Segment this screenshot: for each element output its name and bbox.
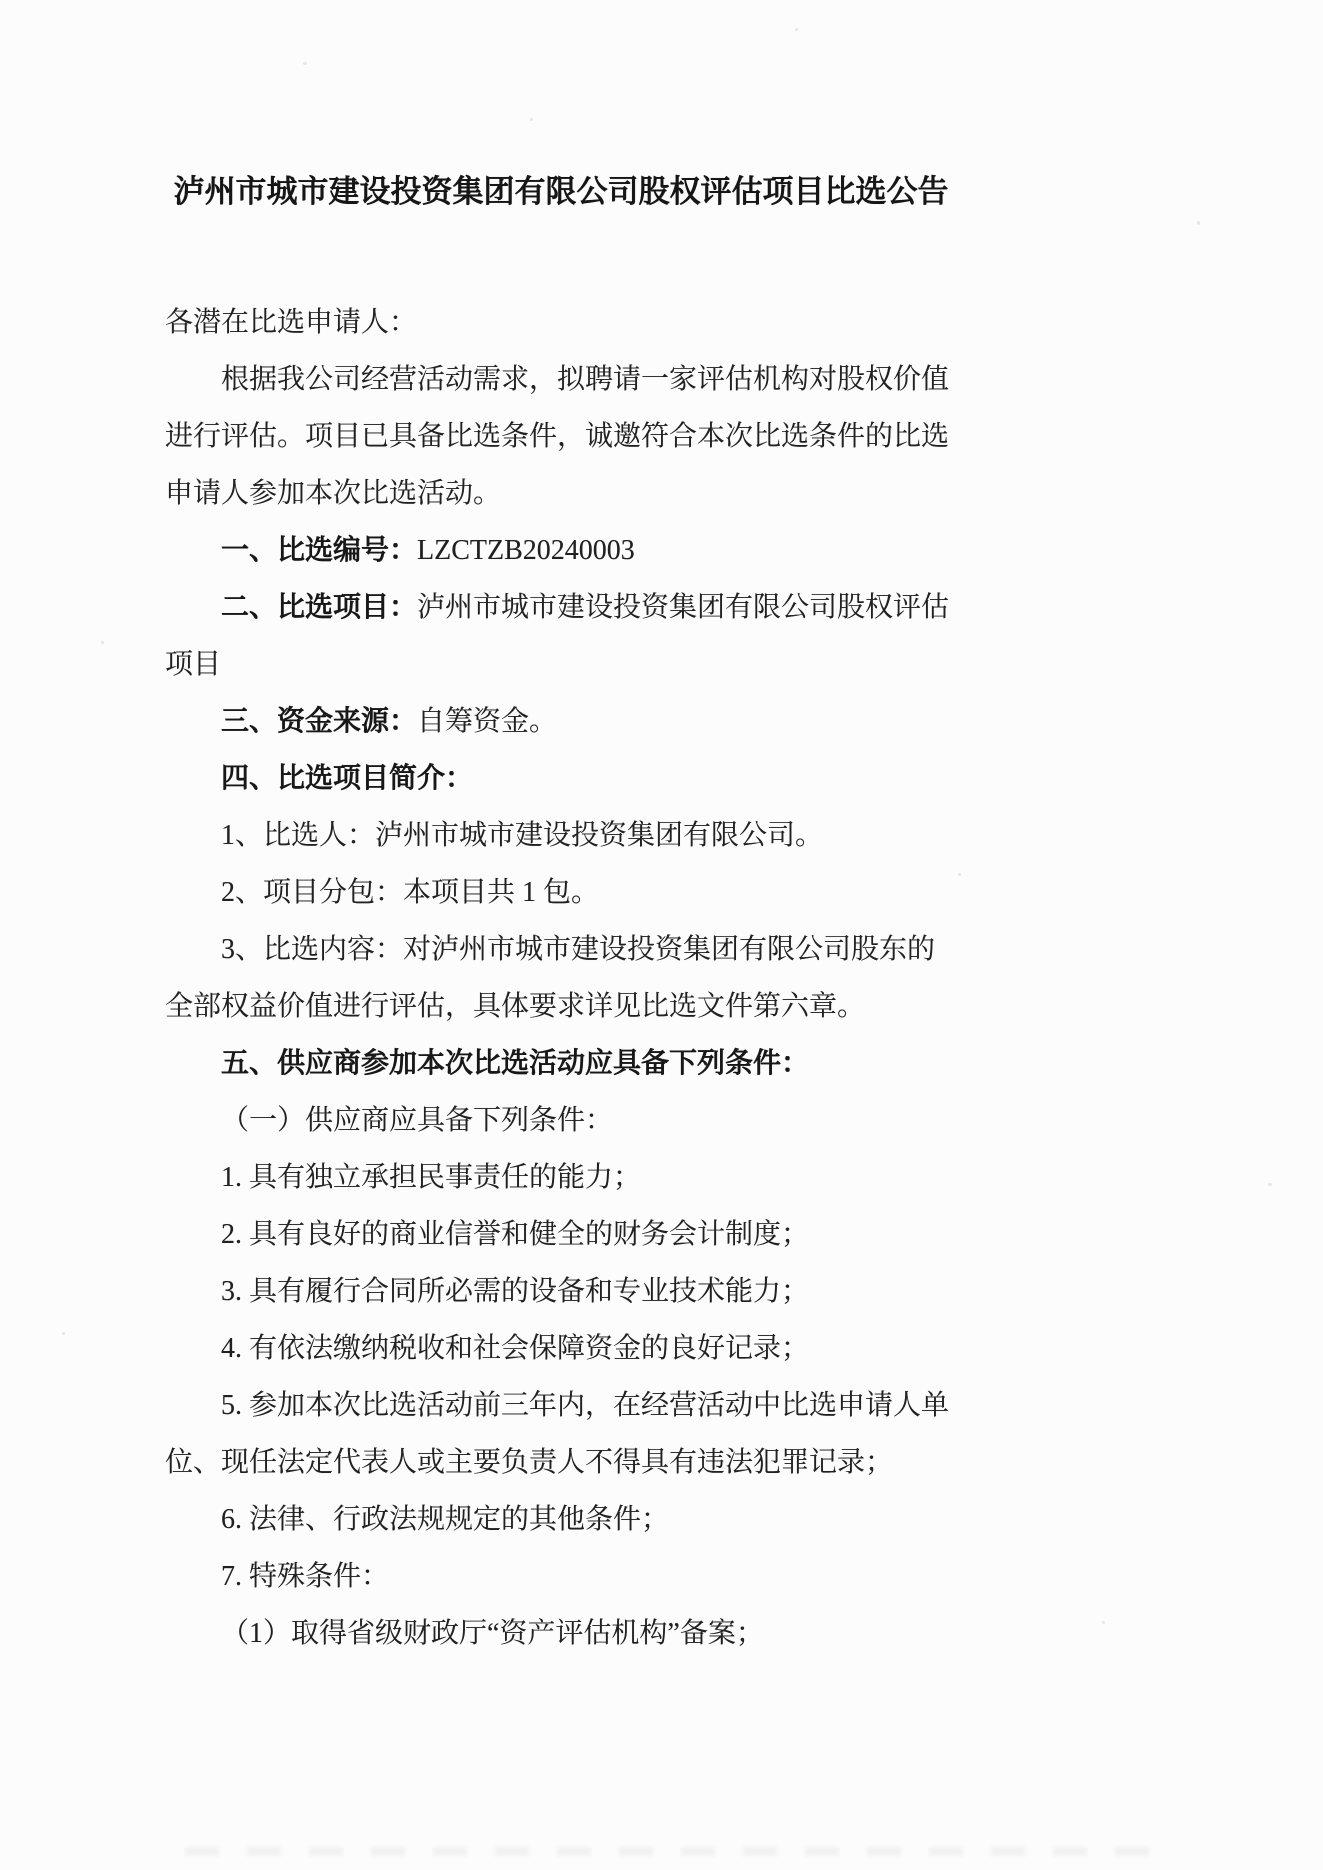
- scan-speckle: [795, 28, 798, 31]
- paragraph-line: 根据我公司经营活动需求，拟聘请一家评估机构对股权价值: [165, 351, 957, 408]
- scan-speckle: [62, 1332, 65, 1335]
- scan-speckle: [1268, 1183, 1272, 1186]
- list-item: （1）取得省级财政厅“资产评估机构”备案；: [165, 1605, 957, 1662]
- scan-speckle: [1102, 1621, 1105, 1624]
- scan-speckle: [303, 62, 307, 65]
- list-item: 3. 具有履行合同所必需的设备和专业技术能力；: [165, 1263, 957, 1320]
- subsection-line: （一）供应商应具备下列条件：: [165, 1092, 957, 1149]
- section-line-bid-number: 一、比选编号：LZCTZB20240003: [165, 522, 957, 579]
- section-line-supplier-conditions: 五、供应商参加本次比选活动应具备下列条件：: [165, 1035, 957, 1092]
- paragraph-line: 申请人参加本次比选活动。: [165, 465, 957, 522]
- paragraph-line: 项目: [165, 636, 957, 693]
- scan-speckle: [101, 641, 104, 644]
- list-item: 1、比选人：泸州市城市建设投资集团有限公司。: [165, 807, 957, 864]
- list-item: 7. 特殊条件：: [165, 1548, 957, 1605]
- scanned-document-page: 泸州市城市建设投资集团有限公司股权评估项目比选公告 各潜在比选申请人： 根据我公…: [0, 0, 1323, 1870]
- paragraph-line: 进行评估。项目已具备比选条件，诚邀符合本次比选条件的比选: [165, 408, 957, 465]
- salutation-line: 各潜在比选申请人：: [165, 294, 957, 351]
- document-title: 泸州市城市建设投资集团有限公司股权评估项目比选公告: [165, 166, 957, 211]
- scan-speckle: [530, 118, 533, 121]
- section-line-funding-source: 三、资金来源：自筹资金。: [165, 693, 957, 750]
- scan-speckle: [1197, 221, 1200, 225]
- scan-speckle: [958, 873, 961, 876]
- document-body: 各潜在比选申请人： 根据我公司经营活动需求，拟聘请一家评估机构对股权价值 进行评…: [165, 294, 957, 1662]
- list-item: 1. 具有独立承担民事责任的能力；: [165, 1149, 957, 1206]
- section-line-project-intro: 四、比选项目简介：: [165, 750, 957, 807]
- section-line-bid-project: 二、比选项目：泸州市城市建设投资集团有限公司股权评估: [165, 579, 957, 636]
- list-item: 2、项目分包：本项目共 1 包。: [165, 864, 957, 921]
- list-item: 6. 法律、行政法规规定的其他条件；: [165, 1491, 957, 1548]
- paragraph-line: 位、现任法定代表人或主要负责人不得具有违法犯罪记录；: [165, 1434, 957, 1491]
- paragraph-line: 全部权益价值进行评估，具体要求详见比选文件第六章。: [165, 978, 957, 1035]
- list-item: 5. 参加本次比选活动前三年内，在经营活动中比选申请人单: [165, 1377, 957, 1434]
- list-item: 3、比选内容：对泸州市城市建设投资集团有限公司股东的: [165, 921, 957, 978]
- list-item: 2. 具有良好的商业信誉和健全的财务会计制度；: [165, 1206, 957, 1263]
- scan-bleed-through: [185, 1847, 1165, 1856]
- list-item: 4. 有依法缴纳税收和社会保障资金的良好记录；: [165, 1320, 957, 1377]
